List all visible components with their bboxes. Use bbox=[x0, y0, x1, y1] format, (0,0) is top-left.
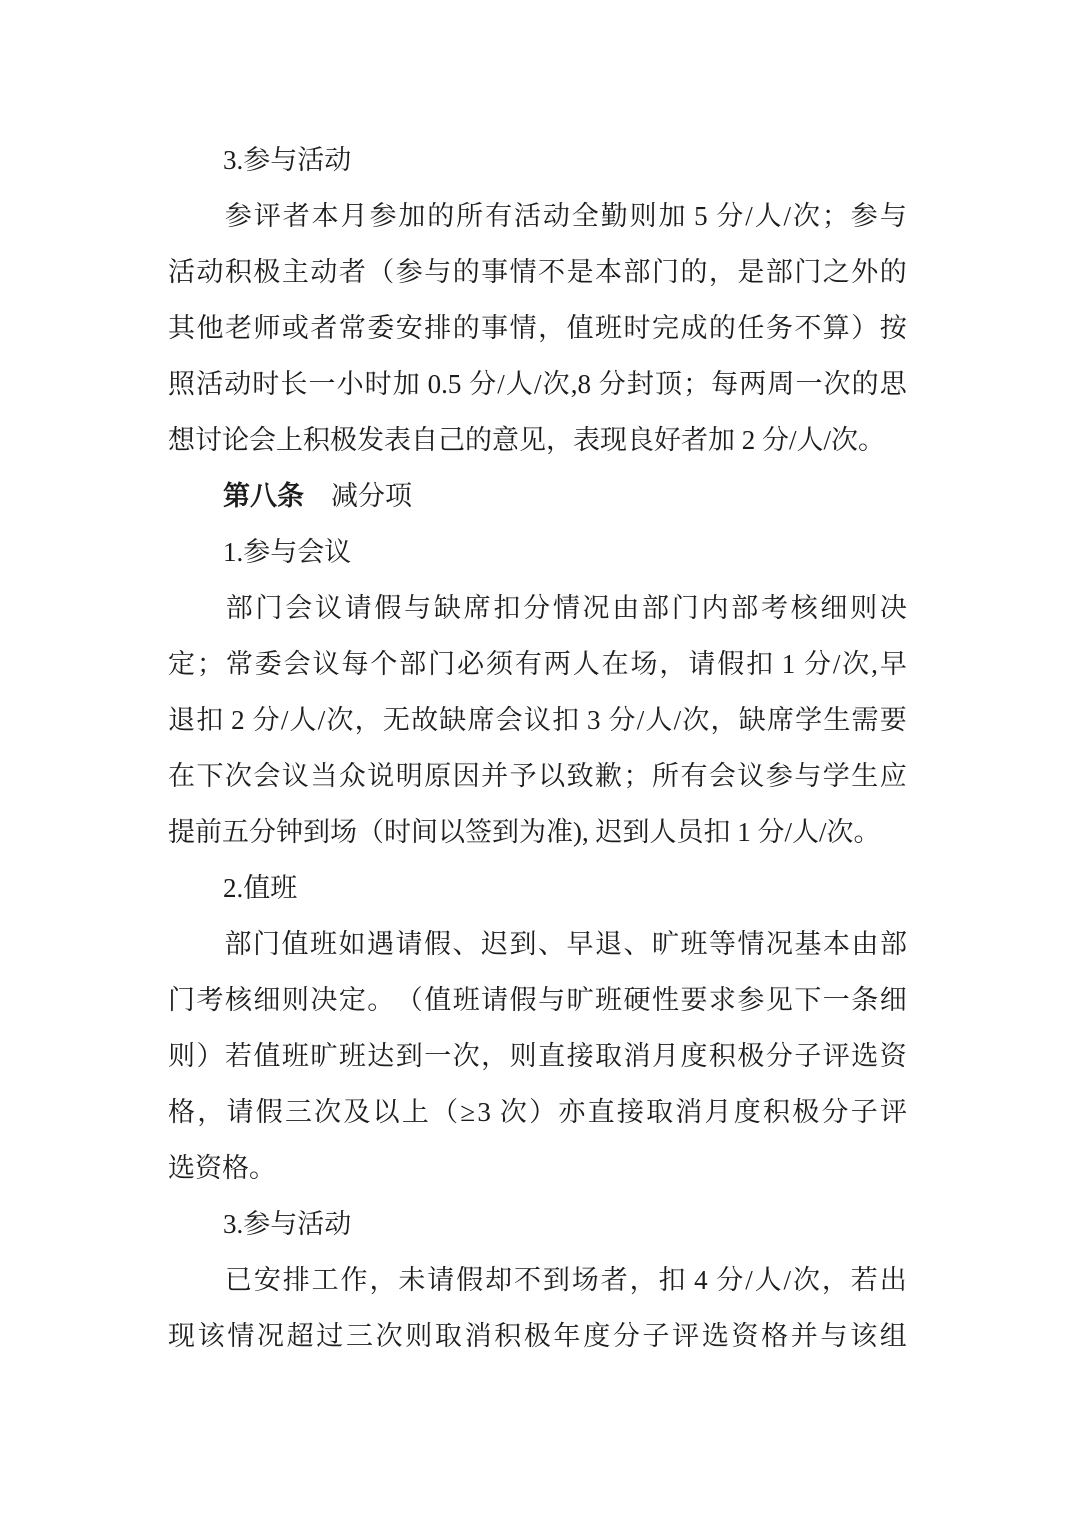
list-item-heading: 1.参与会议 bbox=[168, 524, 907, 580]
list-item-heading: 3.参与活动 bbox=[168, 132, 907, 188]
text-line: 格，请假三次及以上（≥3 次）亦直接取消月度积极分子评 bbox=[168, 1084, 907, 1140]
text-line: 想讨论会上积极发表自己的意见，表现良好者加 2 分/人/次。 bbox=[168, 412, 907, 468]
text-line: 退扣 2 分/人/次，无故缺席会议扣 3 分/人/次，缺席学生需要 bbox=[168, 692, 907, 748]
text-line: 部门值班如遇请假、迟到、早退、旷班等情况基本由部 bbox=[168, 916, 907, 972]
document-page: 3.参与活动参评者本月参加的所有活动全勤则加 5 分/人/次；参与活动积极主动者… bbox=[0, 0, 1074, 1520]
text-line: 部门会议请假与缺席扣分情况由部门内部考核细则决 bbox=[168, 580, 907, 636]
text-line: 定；常委会议每个部门必须有两人在场，请假扣 1 分/次,早 bbox=[168, 636, 907, 692]
list-item-heading: 2.值班 bbox=[168, 860, 907, 916]
text-line: 提前五分钟到场（时间以签到为准), 迟到人员扣 1 分/人/次。 bbox=[168, 804, 907, 860]
text-line: 则）若值班旷班达到一次，则直接取消月度积极分子评选资 bbox=[168, 1028, 907, 1084]
list-item-heading: 3.参与活动 bbox=[168, 1196, 907, 1252]
text-line: 门考核细则决定。（值班请假与旷班硬性要求参见下一条细 bbox=[168, 972, 907, 1028]
text-line: 选资格。 bbox=[168, 1140, 907, 1196]
document-text: 3.参与活动参评者本月参加的所有活动全勤则加 5 分/人/次；参与活动积极主动者… bbox=[168, 132, 907, 1364]
text-line: 已安排工作，未请假却不到场者，扣 4 分/人/次，若出 bbox=[168, 1252, 907, 1308]
text-line: 在下次会议当众说明原因并予以致歉；所有会议参与学生应 bbox=[168, 748, 907, 804]
text-line: 现该情况超过三次则取消积极年度分子评选资格并与该组 bbox=[168, 1308, 907, 1364]
text-line: 活动积极主动者（参与的事情不是本部门的，是部门之外的 bbox=[168, 244, 907, 300]
text-line: 照活动时长一小时加 0.5 分/人/次,8 分封顶；每两周一次的思 bbox=[168, 356, 907, 412]
article-heading: 第八条减分项 bbox=[168, 468, 907, 524]
article-number: 第八条 bbox=[223, 481, 304, 511]
text-line: 参评者本月参加的所有活动全勤则加 5 分/人/次；参与 bbox=[168, 188, 907, 244]
article-title: 减分项 bbox=[331, 481, 412, 511]
text-line: 其他老师或者常委安排的事情，值班时完成的任务不算）按 bbox=[168, 300, 907, 356]
